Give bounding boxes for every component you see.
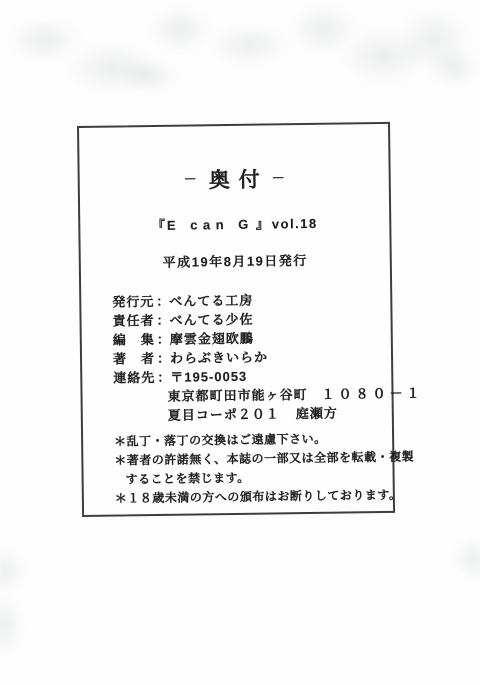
address-line-2: 夏目コーポ２０１庭瀬方 [168,403,392,425]
credit-label: 責任者 [112,311,156,331]
publish-date: 平成19年8月19日発行 [81,249,390,272]
credit-label: 編 集 [113,330,157,350]
credit-label: 著 者 [113,349,157,369]
note-line: ＊１８歳未満の方への頒布はお断りしております。 [115,486,393,509]
title-dash-right: － [272,170,285,185]
credit-value: べんてる工房 [169,291,253,311]
page-title: －奥付－ [80,162,389,196]
scan-artifact [0,594,24,656]
title-dash-left: － [184,171,197,186]
scan-artifact [0,548,26,594]
series-bracket-close: 』 [256,216,269,231]
scan-artifact [208,24,290,66]
scan-artifact [398,8,470,70]
credit-colon: ： [156,292,169,311]
credit-colon: ： [157,368,170,387]
scan-artifact [8,18,82,62]
scan-artifact [148,6,212,52]
colophon-box: －奥付－ 『E can G』vol.18 平成19年8月19日発行 発行元 ： … [77,122,395,517]
credit-label: 連絡先 [113,368,157,388]
scan-artifact [66,42,158,94]
scan-artifact [288,4,360,54]
scan-artifact [452,538,480,580]
address-care-of: 庭瀬方 [296,406,338,422]
address-number: １０８０－１ [321,385,423,401]
title-text: 奥付 [209,168,269,192]
scan-artifact [428,46,480,88]
credit-value: 〒195-0053 [170,367,247,387]
address-building: 夏目コーポ２０１ [168,406,280,422]
address-line-1: 東京都町田市能ヶ谷町１０８０－１ [167,384,391,406]
credits-block: 発行元 ： べんてる工房 責任者 ： べんてる少佐 編 集 ： 摩雲金翅欧鵬 著… [112,289,392,426]
credit-colon: ： [157,349,170,368]
series-title-line: 『E can G』vol.18 [80,212,389,235]
note-line: ＊著者の許諾無く、本誌の一部又は全部を転載・複製 [114,448,392,471]
scan-artifact [118,58,180,94]
notes-block: ＊乱丁・落丁の交換はご遠慮下さい。 ＊著者の許諾無く、本誌の一部又は全部を転載・… [114,429,393,509]
credit-value: べんてる少佐 [169,310,253,330]
address-street: 東京都町田市能ヶ谷町 [167,387,307,404]
scan-artifact [338,28,430,84]
credit-value: わらぶきいらか [170,348,268,368]
credit-colon: ： [156,311,169,330]
series-name: E can G [167,217,254,233]
series-bracket-open: 『 [152,218,165,233]
credit-value: 摩雲金翅欧鵬 [170,329,254,349]
series-volume: vol.18 [272,216,318,232]
credit-colon: ： [157,330,170,349]
credit-label: 発行元 [112,292,156,312]
scanned-page: －奥付－ 『E can G』vol.18 平成19年8月19日発行 発行元 ： … [0,0,480,685]
